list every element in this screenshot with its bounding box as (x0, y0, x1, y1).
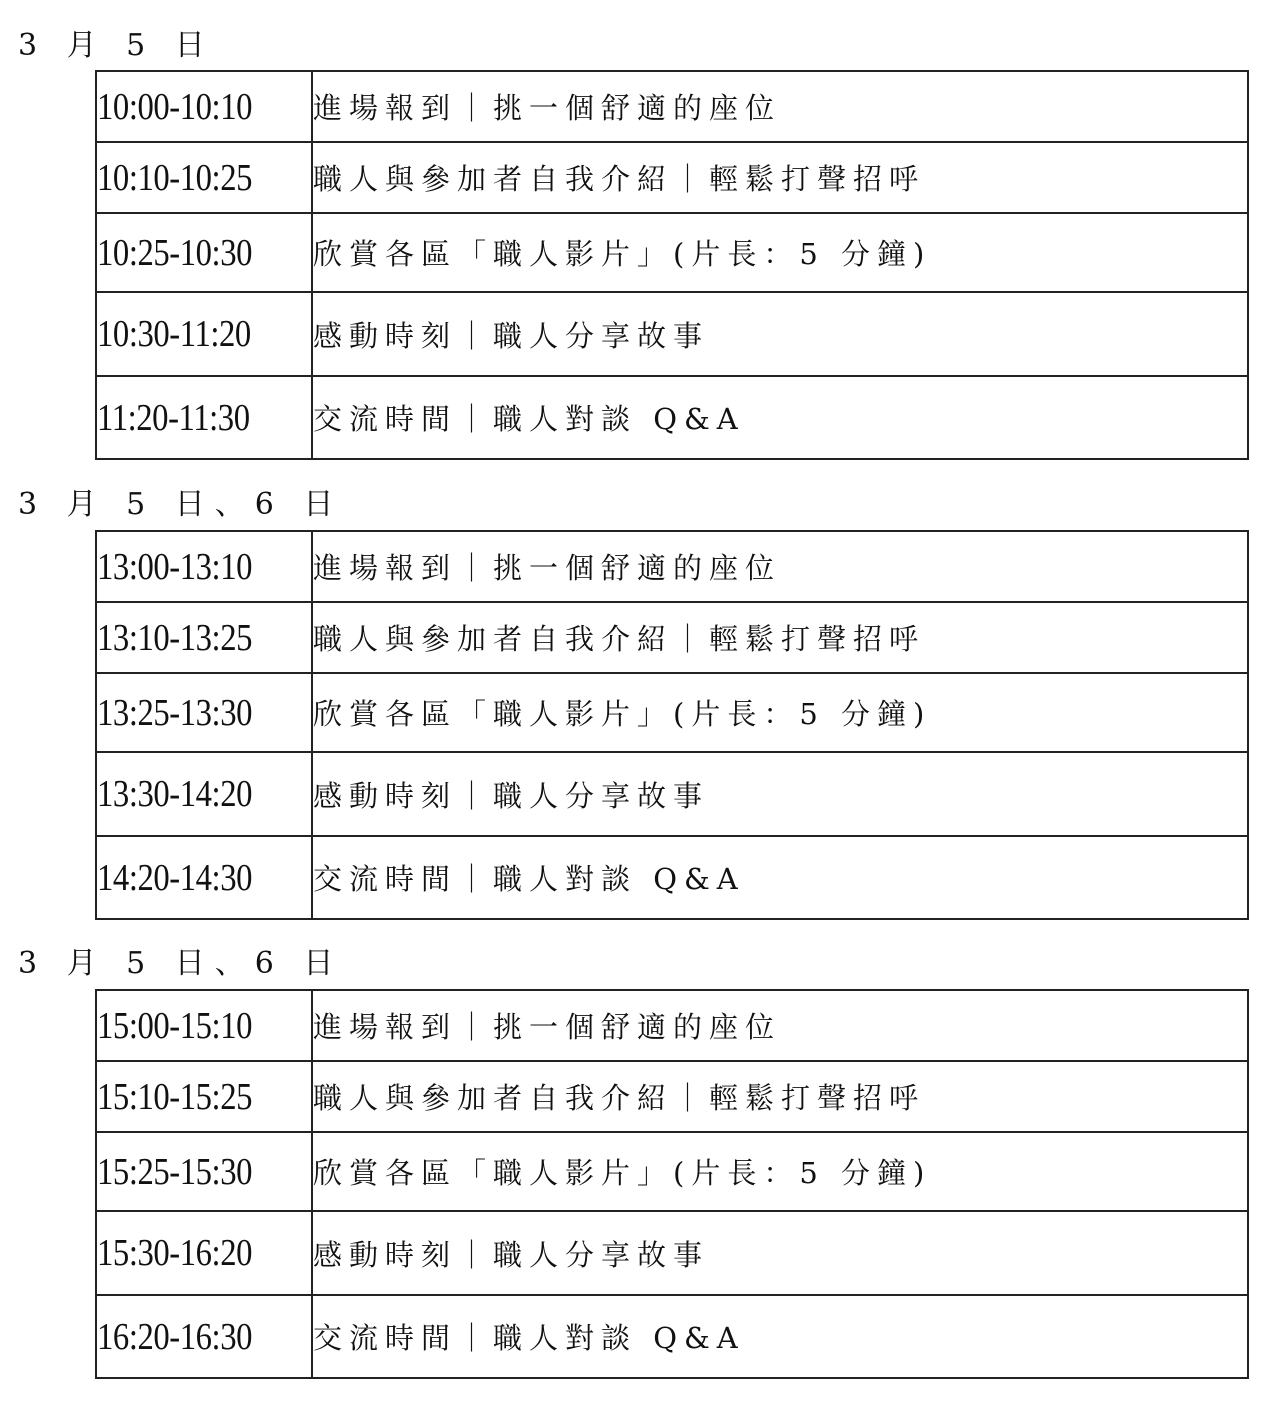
time-cell: 15:10-15:25 (96, 1061, 312, 1132)
activity-cell: 欣賞各區「職人影片」(片長：5 分鐘) (312, 673, 1248, 752)
time-cell: 10:30-11:20 (96, 292, 312, 376)
time-cell: 13:30-14:20 (96, 752, 312, 836)
time-cell: 11:20-11:30 (96, 376, 312, 459)
time-cell: 10:10-10:25 (96, 142, 312, 213)
activity-cell: 感動時刻｜職人分享故事 (312, 752, 1248, 836)
schedule-table: 15:00-15:10 進場報到｜挑一個舒適的座位 15:10-15:25 職人… (95, 989, 1249, 1379)
table-row: 10:30-11:20 感動時刻｜職人分享故事 (96, 292, 1248, 376)
table-row: 14:20-14:30 交流時間｜職人對談 Q&A (96, 836, 1248, 919)
table-row: 15:25-15:30 欣賞各區「職人影片」(片長：5 分鐘) (96, 1132, 1248, 1211)
table-row: 10:00-10:10 進場報到｜挑一個舒適的座位 (96, 71, 1248, 142)
table-row: 15:30-16:20 感動時刻｜職人分享故事 (96, 1211, 1248, 1295)
activity-cell: 感動時刻｜職人分享故事 (312, 292, 1248, 376)
time-cell: 10:00-10:10 (96, 71, 312, 142)
activity-cell: 交流時間｜職人對談 Q&A (312, 376, 1248, 459)
table-row: 15:10-15:25 職人與參加者自我介紹｜輕鬆打聲招呼 (96, 1061, 1248, 1132)
time-cell: 13:00-13:10 (96, 531, 312, 602)
time-cell: 13:25-13:30 (96, 673, 312, 752)
time-cell: 13:10-13:25 (96, 602, 312, 673)
time-cell: 15:30-16:20 (96, 1211, 312, 1295)
table-row: 13:10-13:25 職人與參加者自我介紹｜輕鬆打聲招呼 (96, 602, 1248, 673)
activity-cell: 職人與參加者自我介紹｜輕鬆打聲招呼 (312, 1061, 1248, 1132)
table-row: 15:00-15:10 進場報到｜挑一個舒適的座位 (96, 990, 1248, 1061)
activity-cell: 進場報到｜挑一個舒適的座位 (312, 531, 1248, 602)
activity-cell: 欣賞各區「職人影片」(片長：5 分鐘) (312, 1132, 1248, 1211)
table-row: 16:20-16:30 交流時間｜職人對談 Q&A (96, 1295, 1248, 1378)
schedule-table: 13:00-13:10 進場報到｜挑一個舒適的座位 13:10-13:25 職人… (95, 530, 1249, 920)
table-row: 10:10-10:25 職人與參加者自我介紹｜輕鬆打聲招呼 (96, 142, 1248, 213)
schedule-table: 10:00-10:10 進場報到｜挑一個舒適的座位 10:10-10:25 職人… (95, 70, 1249, 460)
activity-cell: 交流時間｜職人對談 Q&A (312, 1295, 1248, 1378)
session-heading: 3 月 5 日、6 日 (18, 946, 343, 982)
session-heading: 3 月 5 日、6 日 (18, 487, 343, 523)
table-row: 13:30-14:20 感動時刻｜職人分享故事 (96, 752, 1248, 836)
activity-cell: 職人與參加者自我介紹｜輕鬆打聲招呼 (312, 142, 1248, 213)
table-row: 13:25-13:30 欣賞各區「職人影片」(片長：5 分鐘) (96, 673, 1248, 752)
activity-cell: 感動時刻｜職人分享故事 (312, 1211, 1248, 1295)
time-cell: 16:20-16:30 (96, 1295, 312, 1378)
table-row: 13:00-13:10 進場報到｜挑一個舒適的座位 (96, 531, 1248, 602)
time-cell: 15:00-15:10 (96, 990, 312, 1061)
activity-cell: 欣賞各區「職人影片」(片長：5 分鐘) (312, 213, 1248, 292)
activity-cell: 交流時間｜職人對談 Q&A (312, 836, 1248, 919)
activity-cell: 職人與參加者自我介紹｜輕鬆打聲招呼 (312, 602, 1248, 673)
time-cell: 15:25-15:30 (96, 1132, 312, 1211)
activity-cell: 進場報到｜挑一個舒適的座位 (312, 71, 1248, 142)
time-cell: 14:20-14:30 (96, 836, 312, 919)
session-heading: 3 月 5 日 (18, 28, 215, 64)
time-cell: 10:25-10:30 (96, 213, 312, 292)
table-row: 10:25-10:30 欣賞各區「職人影片」(片長：5 分鐘) (96, 213, 1248, 292)
table-row: 11:20-11:30 交流時間｜職人對談 Q&A (96, 376, 1248, 459)
activity-cell: 進場報到｜挑一個舒適的座位 (312, 990, 1248, 1061)
